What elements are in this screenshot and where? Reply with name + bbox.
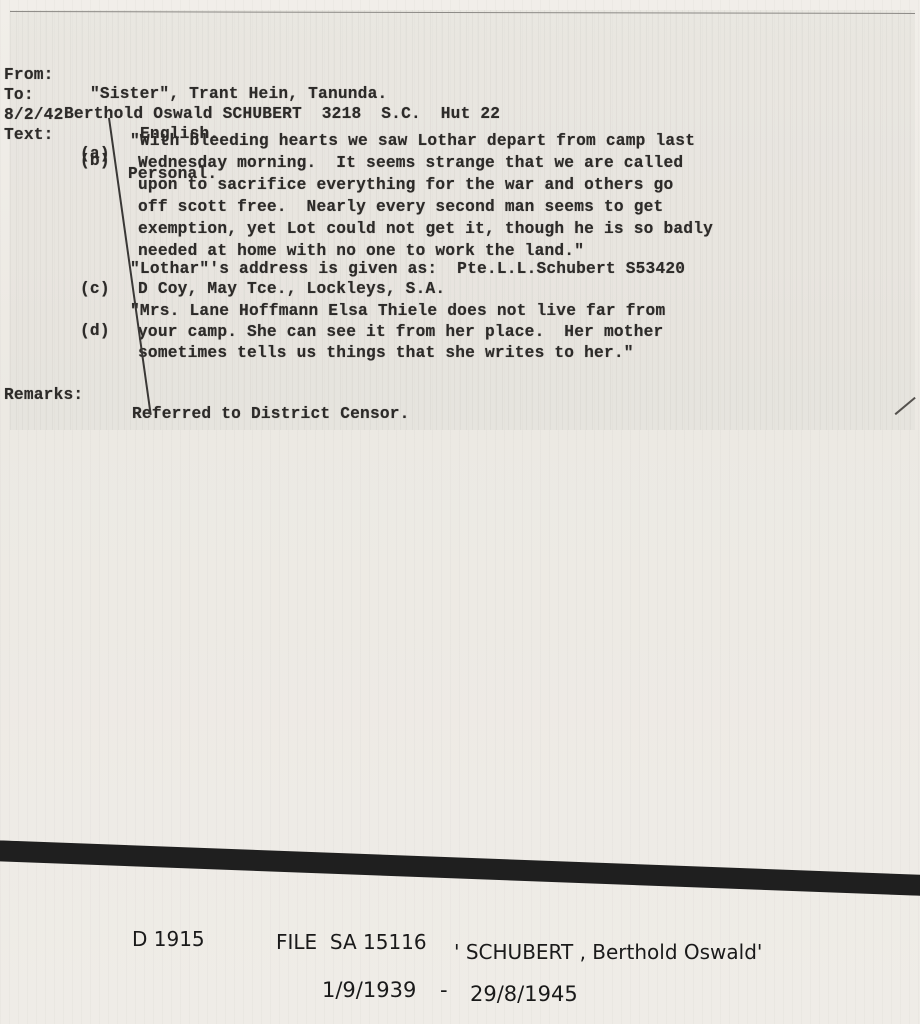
remarks-label: Remarks: <box>4 386 83 406</box>
item-marker: (c) <box>80 280 110 300</box>
series-number: D 1915 <box>132 927 205 951</box>
item-line: D Coy, May Tce., Lockleys, S.A. <box>138 280 445 300</box>
item-line: Wednesday morning. It seems strange that… <box>138 154 683 174</box>
item-line: upon to sacrifice everything for the war… <box>138 176 673 196</box>
from-value: "Sister", Trant Hein, Tanunda. <box>90 85 387 105</box>
item-line: "Lothar"'s address is given as: Pte.L.L.… <box>130 260 685 280</box>
remarks-row: Remarks: Referred to District Censor. <box>4 366 44 444</box>
censor-record: From: "Sister", Trant Hein, Tanunda. To:… <box>4 46 914 386</box>
to-value: Berthold Oswald SCHUBERT 3218 S.C. Hut 2… <box>64 105 500 125</box>
remarks-value: Referred to District Censor. <box>132 405 410 425</box>
item-line: your camp. She can see it from her place… <box>138 323 663 343</box>
file-reference: FILE SA 15116 <box>276 930 427 954</box>
item-marker: (d) <box>80 322 110 342</box>
file-title: ' SCHUBERT , Berthold Oswald' <box>454 940 762 964</box>
date-range-start: 1/9/1939 <box>322 978 416 1002</box>
item-line: sometimes tells us things that she write… <box>138 344 634 364</box>
date-range-end: 29/8/1945 <box>470 982 578 1006</box>
item-marker: (b) <box>80 152 110 172</box>
item-line: "Mrs. Lane Hoffmann Elsa Thiele does not… <box>130 302 665 322</box>
item-line: off scott free. Nearly every second man … <box>138 198 663 218</box>
item-line: exemption, yet Lot could not get it, tho… <box>138 220 713 240</box>
item-line: "With bleeding hearts we saw Lothar depa… <box>130 132 695 152</box>
item-line: needed at home with no one to work the l… <box>138 242 584 262</box>
date-range-separator: - <box>440 978 448 1002</box>
